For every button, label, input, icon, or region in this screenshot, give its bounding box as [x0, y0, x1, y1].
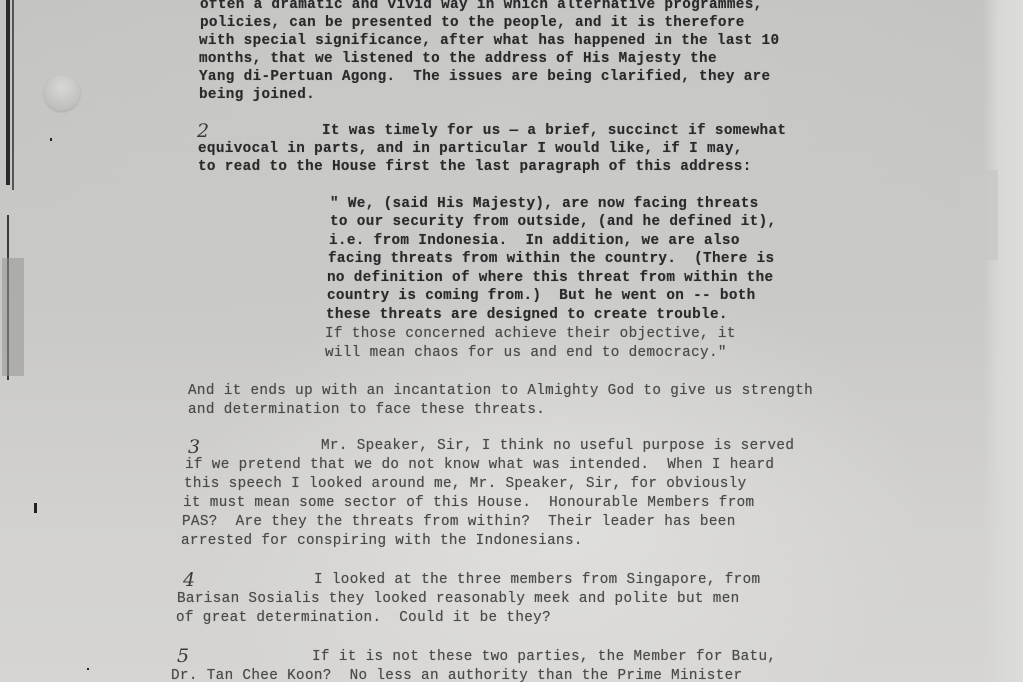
paragraph-number: 5 — [177, 646, 189, 666]
text-line: this speech I looked around me, Mr. Spea… — [184, 475, 747, 493]
text-line: and determination to face these threats. — [188, 401, 545, 419]
text-line: if we pretend that we do not know what w… — [185, 456, 774, 474]
text-line: being joined. — [199, 86, 315, 104]
text-line: equivocal in parts, and in particular I … — [198, 140, 743, 158]
paragraph-number: 2 — [197, 121, 209, 141]
text-line: If those concerned achieve their objecti… — [325, 325, 736, 343]
text-line: It was timely for us — a brief, succinct… — [322, 122, 786, 140]
document-photo: often a dramatic and vivid way in which … — [0, 0, 1023, 682]
speck — [34, 503, 37, 513]
text-line: will mean chaos for us and end to democr… — [325, 344, 727, 362]
text-line: country is coming from.) But he went on … — [327, 287, 756, 305]
text-line: Dr. Tan Chee Koon? No less an authority … — [171, 667, 743, 682]
text-line: Barisan Sosialis they looked reasonably … — [177, 590, 740, 608]
text-line: i.e. from Indonesia. In addition, we are… — [329, 232, 740, 250]
text-line: PAS? Are they the threats from within? T… — [182, 513, 736, 531]
page-tab-shadow — [960, 170, 998, 260]
text-line: of great determination. Could it be they… — [176, 609, 551, 627]
text-line: to read to the House first the last para… — [198, 158, 752, 176]
paragraph-number: 3 — [188, 437, 200, 457]
paragraph-number: 4 — [183, 570, 195, 590]
text-line: policies, can be presented to the people… — [200, 14, 745, 32]
text-line: often a dramatic and vivid way in which … — [200, 0, 763, 14]
speck — [87, 668, 89, 670]
text-line: And it ends up with an incantation to Al… — [188, 382, 813, 400]
text-line: months, that we listened to the address … — [199, 50, 717, 68]
text-line: facing threats from within the country. … — [328, 250, 774, 268]
text-line: no definition of where this threat from … — [327, 269, 773, 287]
text-line: it must mean some sector of this House. … — [183, 494, 755, 512]
text-line: these threats are designed to create tro… — [326, 306, 728, 324]
text-line: I looked at the three members from Singa… — [314, 571, 760, 589]
text-line: with special significance, after what ha… — [199, 32, 779, 50]
text-line: Mr. Speaker, Sir, I think no useful purp… — [321, 437, 794, 455]
text-line: " We, (said His Majesty), are now facing… — [330, 195, 759, 213]
text-line: arrested for conspiring with the Indones… — [181, 532, 583, 550]
speck — [50, 138, 52, 141]
text-line: If it is not these two parties, the Memb… — [312, 648, 776, 666]
punch-hole — [44, 75, 80, 111]
page-edge — [983, 0, 1023, 682]
text-line: Yang di-Pertuan Agong. The issues are be… — [199, 68, 771, 86]
text-line: to our security from outside, (and he de… — [330, 213, 776, 231]
binder-tab — [2, 258, 24, 376]
